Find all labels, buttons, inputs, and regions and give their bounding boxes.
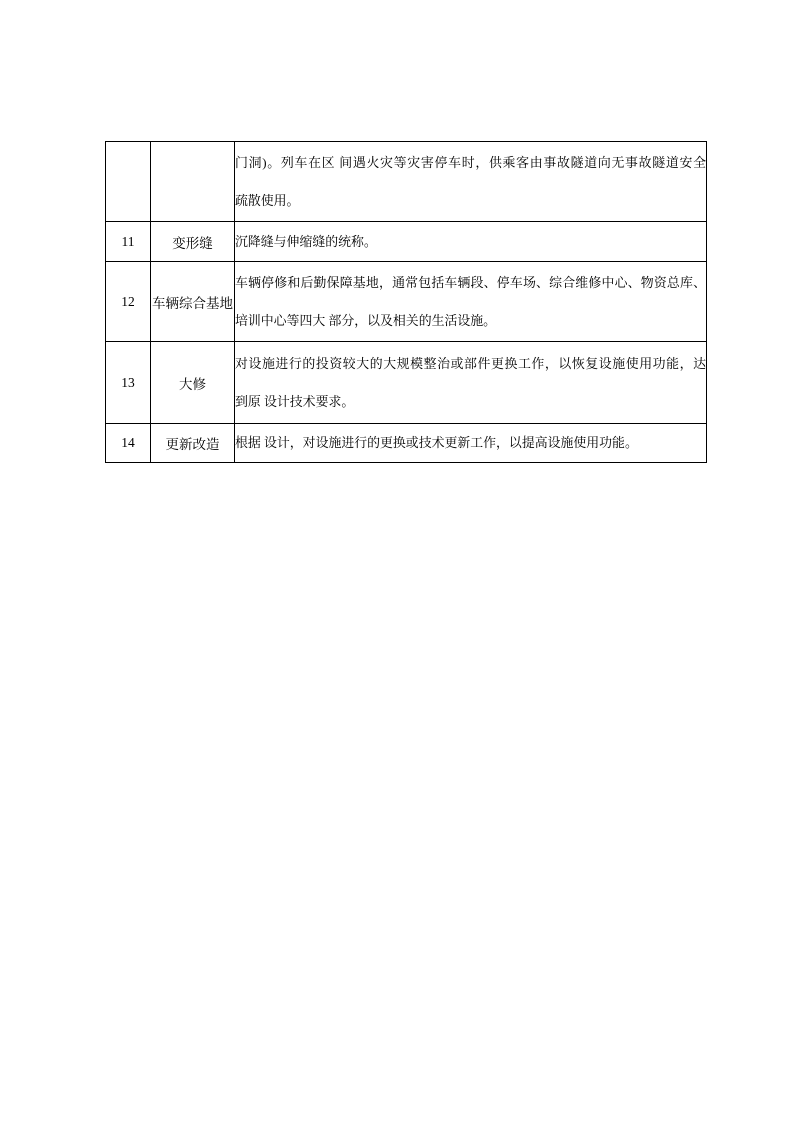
cell-definition: 根据 设计，对设施进行的更换或技术更新工作，以提高设施使用功能。: [235, 424, 707, 463]
definition-line: 门洞)。列车在区 间遇火灾等灾害停车时，供乘客由事故隧道向无事故隧道安全: [235, 144, 706, 182]
definition-line: 到原 设计技术要求。: [235, 383, 706, 421]
table-row-13: 13 大修 对设施进行的投资较大的大规模整治或部件更换工作，以恢复设施使用功能，…: [106, 342, 707, 424]
definition-line: 疏散使用。: [235, 182, 706, 220]
table-row-continuation: 门洞)。列车在区 间遇火灾等灾害停车时，供乘客由事故隧道向无事故隧道安全 疏散使…: [106, 142, 707, 222]
cell-definition: 对设施进行的投资较大的大规模整治或部件更换工作，以恢复设施使用功能，达 到原 设…: [235, 342, 707, 424]
definition-line: 培训中心等四大 部分，以及相关的生活设施。: [235, 302, 706, 340]
cell-number: 14: [106, 424, 151, 463]
table-row-12: 12 车辆综合基地 车辆停修和后勤保障基地，通常包括车辆段、停车场、综合维修中心…: [106, 262, 707, 342]
cell-definition: 沉降缝与伸缩缝的统称。: [235, 222, 707, 262]
definition-line: 车辆停修和后勤保障基地，通常包括车辆段、停车场、综合维修中心、物资总库、: [235, 264, 706, 302]
cell-number: 13: [106, 342, 151, 424]
cell-term: 变形缝: [151, 222, 235, 262]
definition-line: 根据 设计，对设施进行的更换或技术更新工作，以提高设施使用功能。: [235, 424, 706, 462]
cell-number: [106, 142, 151, 222]
cell-term: 大修: [151, 342, 235, 424]
cell-definition: 门洞)。列车在区 间遇火灾等灾害停车时，供乘客由事故隧道向无事故隧道安全 疏散使…: [235, 142, 707, 222]
document-page: 门洞)。列车在区 间遇火灾等灾害停车时，供乘客由事故隧道向无事故隧道安全 疏散使…: [0, 0, 794, 1123]
cell-term: 更新改造: [151, 424, 235, 463]
cell-number: 11: [106, 222, 151, 262]
cell-term: 车辆综合基地: [151, 262, 235, 342]
table-row-11: 11 变形缝 沉降缝与伸缩缝的统称。: [106, 222, 707, 262]
definition-line: 对设施进行的投资较大的大规模整治或部件更换工作，以恢复设施使用功能，达: [235, 345, 706, 383]
definition-line: 沉降缝与伸缩缝的统称。: [235, 223, 706, 261]
cell-number: 12: [106, 262, 151, 342]
table-row-14: 14 更新改造 根据 设计，对设施进行的更换或技术更新工作，以提高设施使用功能。: [106, 424, 707, 463]
cell-definition: 车辆停修和后勤保障基地，通常包括车辆段、停车场、综合维修中心、物资总库、 培训中…: [235, 262, 707, 342]
cell-term: [151, 142, 235, 222]
glossary-table: 门洞)。列车在区 间遇火灾等灾害停车时，供乘客由事故隧道向无事故隧道安全 疏散使…: [105, 141, 707, 463]
